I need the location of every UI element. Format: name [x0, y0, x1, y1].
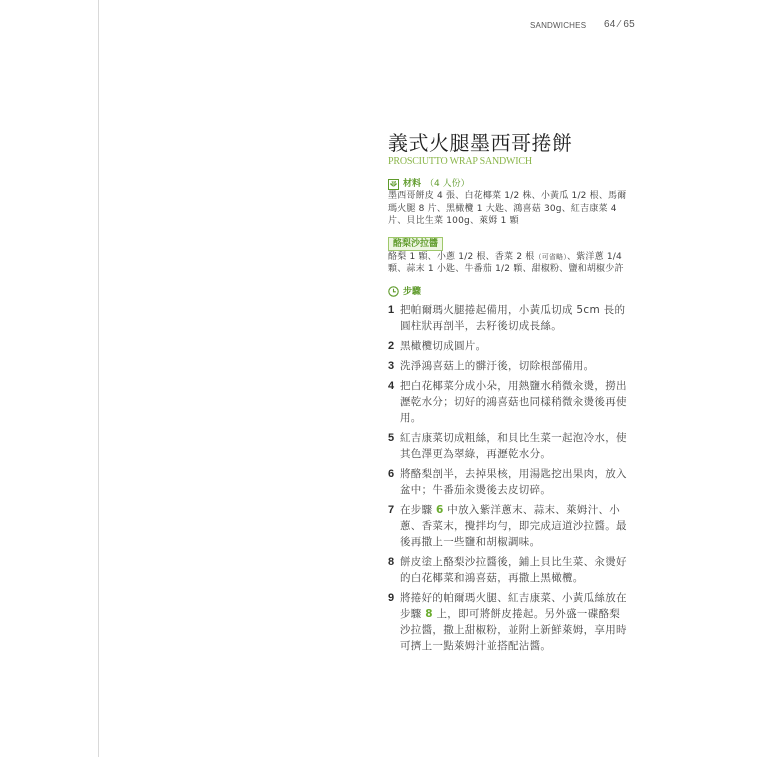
step-number: 5 [388, 430, 400, 462]
step-text: 將捲好的帕爾瑪火腿、紅吉康菜、小黃瓜絲放在步驟 8 上，即可將餅皮捲起。另外盛一… [400, 590, 628, 654]
step-item: 4 把白花椰菜分成小朵，用熱鹽水稍微汆燙，撈出瀝乾水分；切好的鴻喜菇也同樣稍微汆… [388, 378, 628, 426]
step-text: 洗淨鴻喜菇上的髒汙後，切除根部備用。 [400, 358, 594, 374]
salsa-ingredients: 酪梨 1 顆、小蔥 1/2 根、香菜 2 根（可省略）、紫洋蔥 1/4 顆、蒜末… [388, 251, 628, 276]
page-gutter-line [98, 0, 99, 757]
step-number: 3 [388, 358, 400, 374]
step-text: 在步驟 6 中放入紫洋蔥末、蒜末、萊姆汁、小蔥、香菜末，攪拌均勻，即完成這道沙拉… [400, 502, 628, 550]
step-item: 3 洗淨鴻喜菇上的髒汙後，切除根部備用。 [388, 358, 628, 374]
recipe-content: 義式火腿墨西哥捲餅 PROSCIUTTO WRAP SANDWICH 材料 （4… [388, 130, 628, 654]
step-reference: 8 [425, 608, 433, 620]
clock-icon [388, 286, 399, 297]
step-item: 2 黑橄欖切成圓片。 [388, 338, 628, 354]
step-number: 2 [388, 338, 400, 354]
steps-list: 1 把帕爾瑪火腿捲起備用，小黃瓜切成 5cm 長的圓柱狀再剖半，去籽後切成長絲。… [388, 302, 628, 654]
step-item: 7 在步驟 6 中放入紫洋蔥末、蒜末、萊姆汁、小蔥、香菜末，攪拌均勻，即完成這道… [388, 502, 628, 550]
salsa-note: （可省略） [535, 253, 568, 261]
step-item: 6 將酪梨剖半，去掉果核，用湯匙挖出果肉，放入盆中；牛番茄汆燙後去皮切碎。 [388, 466, 628, 498]
step-text: 紅吉康菜切成粗絲，和貝比生菜一起泡冷水，使其色澤更為翠綠，再瀝乾水分。 [400, 430, 628, 462]
step-item: 9 將捲好的帕爾瑪火腿、紅吉康菜、小黃瓜絲放在步驟 8 上，即可將餅皮捲起。另外… [388, 590, 628, 654]
salsa-text-1: 酪梨 1 顆、小蔥 1/2 根、香菜 2 根 [388, 252, 535, 262]
step-text: 黑橄欖切成圓片。 [400, 338, 486, 354]
step-text-before: 在步驟 [400, 504, 436, 516]
bowl-icon [388, 179, 399, 190]
step-text-after: 上，即可將餅皮捲起。另外盛一碟酪梨沙拉醬，撒上甜椒粉，並附上新鮮萊姆，享用時可擠… [400, 608, 627, 652]
running-head-section: SANDWICHES [530, 21, 586, 30]
step-item: 5 紅吉康菜切成粗絲，和貝比生菜一起泡冷水，使其色澤更為翠綠，再瀝乾水分。 [388, 430, 628, 462]
salsa-tag: 酪梨沙拉醬 [388, 237, 443, 251]
ingredients-label: 材料 [403, 178, 421, 190]
steps-header: 步驟 [388, 286, 628, 298]
step-text: 把白花椰菜分成小朵，用熱鹽水稍微汆燙，撈出瀝乾水分；切好的鴻喜菇也同樣稍微汆燙後… [400, 378, 628, 426]
step-reference: 6 [436, 504, 444, 516]
ingredients-text: 墨西哥餅皮 4 張、白花椰菜 1/2 株、小黃瓜 1/2 根、馬爾瑪火腿 8 片… [388, 190, 628, 228]
ingredients-header: 材料 （4 人份） [388, 178, 628, 190]
step-number: 4 [388, 378, 400, 426]
step-item: 1 把帕爾瑪火腿捲起備用，小黃瓜切成 5cm 長的圓柱狀再剖半，去籽後切成長絲。 [388, 302, 628, 334]
running-head: SANDWICHES 64 ⁄ 65 [520, 19, 650, 33]
step-number: 6 [388, 466, 400, 498]
ingredients-servings: （4 人份） [425, 178, 470, 190]
step-text: 餅皮塗上酪梨沙拉醬後，鋪上貝比生菜、汆燙好的白花椰菜和鴻喜菇，再撒上黑橄欖。 [400, 554, 628, 586]
step-text: 把帕爾瑪火腿捲起備用，小黃瓜切成 5cm 長的圓柱狀再剖半，去籽後切成長絲。 [400, 302, 628, 334]
steps-label: 步驟 [403, 286, 421, 298]
page-numbers: 64 ⁄ 65 [604, 19, 635, 30]
step-number: 1 [388, 302, 400, 334]
step-text: 將酪梨剖半，去掉果核，用湯匙挖出果肉，放入盆中；牛番茄汆燙後去皮切碎。 [400, 466, 628, 498]
step-item: 8 餅皮塗上酪梨沙拉醬後，鋪上貝比生菜、汆燙好的白花椰菜和鴻喜菇，再撒上黑橄欖。 [388, 554, 628, 586]
recipe-title-en: PROSCIUTTO WRAP SANDWICH [388, 156, 628, 168]
step-number: 9 [388, 590, 400, 654]
step-number: 7 [388, 502, 400, 550]
step-number: 8 [388, 554, 400, 586]
recipe-title-zh: 義式火腿墨西哥捲餅 [388, 130, 628, 156]
